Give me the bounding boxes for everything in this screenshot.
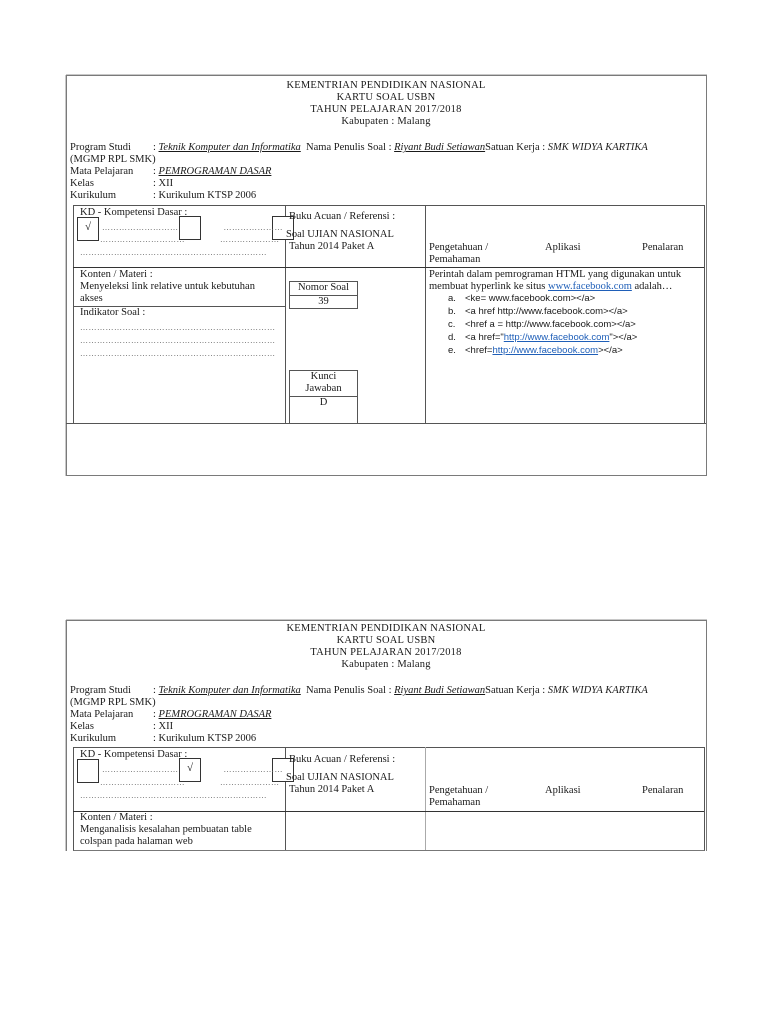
buku-value-2: Tahun 2014 Paket A bbox=[289, 784, 374, 796]
program-studi-label: Program Studi bbox=[70, 685, 153, 697]
level-aplikasi[interactable]: Aplikasi bbox=[545, 242, 581, 254]
card2-header-year: TAHUN PELAJARAN 2017/2018 bbox=[66, 647, 706, 659]
card2-kurikulum-row: Kurikulum: Kurikulum KTSP 2006 bbox=[70, 733, 256, 745]
divider bbox=[73, 267, 704, 268]
mapel-value: PEMROGRAMAN DASAR bbox=[159, 709, 272, 720]
option-link[interactable]: http://www.facebook.com bbox=[504, 332, 610, 343]
kunci-jawaban-box: Kunci Jawaban D bbox=[289, 370, 358, 424]
colon: : bbox=[153, 178, 156, 189]
question-link[interactable]: www.facebook.com bbox=[548, 281, 632, 292]
answer-option[interactable]: e.<href=http://www.facebook.com></a> bbox=[448, 345, 623, 357]
option-text-end: "></a> bbox=[609, 332, 637, 343]
kd-dots-line: ………………………… ………………… bbox=[100, 777, 280, 789]
kd-dots-line: ……………………… ………………… bbox=[102, 764, 283, 776]
nomor-soal-value: 39 bbox=[290, 296, 357, 308]
card2-header-ministry: KEMENTRIAN PENDIDIKAN NASIONAL bbox=[66, 623, 706, 635]
card1-header-title: KARTU SOAL USBN bbox=[66, 92, 706, 104]
indikator-label: Indikator Soal : bbox=[80, 307, 145, 319]
divider bbox=[66, 423, 706, 424]
level-penalaran[interactable]: Penalaran bbox=[642, 785, 683, 797]
kd-dots-line: ………………………………………………………… bbox=[80, 247, 267, 259]
card1-program-studi-row: Program Studi: Teknik Komputer dan Infor… bbox=[70, 142, 648, 154]
card1-header-kabupaten: Kabupaten : Malang bbox=[66, 116, 706, 128]
option-text: <a href=" bbox=[465, 332, 504, 343]
program-studi-label: Program Studi bbox=[70, 142, 153, 154]
card1-header-year: TAHUN PELAJARAN 2017/2018 bbox=[66, 104, 706, 116]
kd-dots-line: ……………………… ………………… bbox=[102, 222, 283, 234]
penulis-value: Riyant Budi Setiawan bbox=[394, 685, 485, 696]
divider bbox=[425, 747, 426, 850]
divider bbox=[73, 811, 704, 812]
indikator-dots-line: …………………………………………………………… bbox=[80, 322, 276, 334]
option-text: <ke= www.facebook.com></a> bbox=[465, 293, 595, 304]
card1-mapel-row: Mata Pelajaran: PEMROGRAMAN DASAR bbox=[70, 166, 271, 178]
option-letter: c. bbox=[448, 319, 465, 331]
nomor-soal-box: Nomor Soal 39 bbox=[289, 281, 358, 309]
program-studi-value: Teknik Komputer dan Informatika bbox=[159, 685, 301, 696]
level-penalaran[interactable]: Penalaran bbox=[642, 242, 683, 254]
program-studi-value: Teknik Komputer dan Informatika bbox=[159, 142, 301, 153]
satuan-value: SMK WIDYA KARTIKA bbox=[548, 142, 648, 153]
option-text: <href a = http://www.facebook.com></a> bbox=[465, 319, 636, 330]
card2-program-studi-row: Program Studi: Teknik Komputer dan Infor… bbox=[70, 685, 648, 697]
colon: : bbox=[153, 166, 156, 177]
kunci-label-line2: Jawaban bbox=[290, 383, 357, 395]
colon: : bbox=[153, 685, 156, 696]
card1-satuan-cont: (MGMP RPL SMK) bbox=[70, 154, 156, 166]
mapel-label: Mata Pelajaran bbox=[70, 709, 153, 721]
option-letter: e. bbox=[448, 345, 465, 357]
divider bbox=[425, 205, 426, 423]
buku-label: Buku Acuan / Referensi : bbox=[289, 754, 395, 766]
penulis-label: Nama Penulis Soal : bbox=[306, 685, 391, 696]
colon: : bbox=[153, 733, 156, 744]
kurikulum-value: Kurikulum KTSP 2006 bbox=[159, 190, 257, 201]
colon: : bbox=[153, 709, 156, 720]
konten-value: Menganalisis kesalahan pembuatan table c… bbox=[80, 824, 265, 848]
card1-header-ministry: KEMENTRIAN PENDIDIKAN NASIONAL bbox=[66, 80, 706, 92]
kelas-label: Kelas bbox=[70, 721, 153, 733]
indikator-dots-line: …………………………………………………………… bbox=[80, 348, 276, 360]
kd-checkbox-1[interactable]: √ bbox=[77, 217, 99, 241]
kelas-value: XII bbox=[159, 721, 174, 732]
option-text-end: ></a> bbox=[598, 345, 623, 356]
nomor-soal-label: Nomor Soal bbox=[290, 282, 357, 296]
mapel-label: Mata Pelajaran bbox=[70, 166, 153, 178]
kunci-label: Kunci Jawaban bbox=[290, 371, 357, 397]
kurikulum-value: Kurikulum KTSP 2006 bbox=[159, 733, 257, 744]
option-letter: a. bbox=[448, 293, 465, 305]
card2-header-kabupaten: Kabupaten : Malang bbox=[66, 659, 706, 671]
satuan-label: Satuan Kerja : bbox=[485, 142, 545, 153]
option-text: <a href http://www.facebook.com></a> bbox=[465, 306, 628, 317]
option-text: <href= bbox=[465, 345, 492, 356]
colon: : bbox=[153, 721, 156, 732]
option-letter: d. bbox=[448, 332, 465, 344]
level-aplikasi[interactable]: Aplikasi bbox=[545, 785, 581, 797]
level-pengetahuan[interactable]: Pengetahuan / bbox=[429, 242, 488, 254]
penulis-label: Nama Penulis Soal : bbox=[306, 142, 391, 153]
answer-option[interactable]: a.<ke= www.facebook.com></a> bbox=[448, 293, 595, 305]
option-link[interactable]: http://www.facebook.com bbox=[492, 345, 598, 356]
mapel-value: PEMROGRAMAN DASAR bbox=[159, 166, 272, 177]
kd-dots-line: ………………………………………………………… bbox=[80, 790, 267, 802]
buku-label: Buku Acuan / Referensi : bbox=[289, 211, 395, 223]
question-stem: Perintah dalam pemrograman HTML yang dig… bbox=[429, 269, 701, 293]
buku-value-2: Tahun 2014 Paket A bbox=[289, 241, 374, 253]
card2-mapel-row: Mata Pelajaran: PEMROGRAMAN DASAR bbox=[70, 709, 271, 721]
buku-value-1: Soal UJIAN NASIONAL bbox=[286, 772, 394, 784]
level-pengetahuan[interactable]: Pengetahuan / bbox=[429, 785, 488, 797]
card1-kurikulum-row: Kurikulum: Kurikulum KTSP 2006 bbox=[70, 190, 256, 202]
kd-dots-line: ………………………… ………………… bbox=[100, 234, 280, 246]
card2-header-title: KARTU SOAL USBN bbox=[66, 635, 706, 647]
satuan-label: Satuan Kerja : bbox=[485, 685, 545, 696]
kelas-label: Kelas bbox=[70, 178, 153, 190]
level-pemahaman: Pemahaman bbox=[429, 797, 480, 809]
konten-value: Menyeleksi link relative untuk kebutuhan… bbox=[80, 281, 275, 305]
card1-kelas-row: Kelas: XII bbox=[70, 178, 173, 190]
konten-label: Konten / Materi : bbox=[80, 269, 153, 281]
option-letter: b. bbox=[448, 306, 465, 318]
question-text-end: adalah… bbox=[632, 281, 673, 292]
kd-checkbox-1[interactable] bbox=[77, 759, 99, 783]
penulis-value: Riyant Budi Setiawan bbox=[394, 142, 485, 153]
card2-satuan-cont: (MGMP RPL SMK) bbox=[70, 697, 156, 709]
level-pemahaman: Pemahaman bbox=[429, 254, 480, 266]
kunci-value: D bbox=[290, 397, 357, 409]
indikator-dots-line: …………………………………………………………… bbox=[80, 335, 276, 347]
answer-option[interactable]: c.<href a = http://www.facebook.com></a> bbox=[448, 319, 636, 331]
satuan-value: SMK WIDYA KARTIKA bbox=[548, 685, 648, 696]
card2-kelas-row: Kelas: XII bbox=[70, 721, 173, 733]
colon: : bbox=[153, 190, 156, 201]
kunci-label-line1: Kunci bbox=[290, 371, 357, 383]
kurikulum-label: Kurikulum bbox=[70, 190, 153, 202]
answer-option[interactable]: b.<a href http://www.facebook.com></a> bbox=[448, 306, 628, 318]
kelas-value: XII bbox=[159, 178, 174, 189]
kurikulum-label: Kurikulum bbox=[70, 733, 153, 745]
buku-value-1: Soal UJIAN NASIONAL bbox=[286, 229, 394, 241]
konten-label: Konten / Materi : bbox=[80, 812, 153, 824]
colon: : bbox=[153, 142, 156, 153]
answer-option[interactable]: d.<a href="http://www.facebook.com"></a> bbox=[448, 332, 637, 344]
